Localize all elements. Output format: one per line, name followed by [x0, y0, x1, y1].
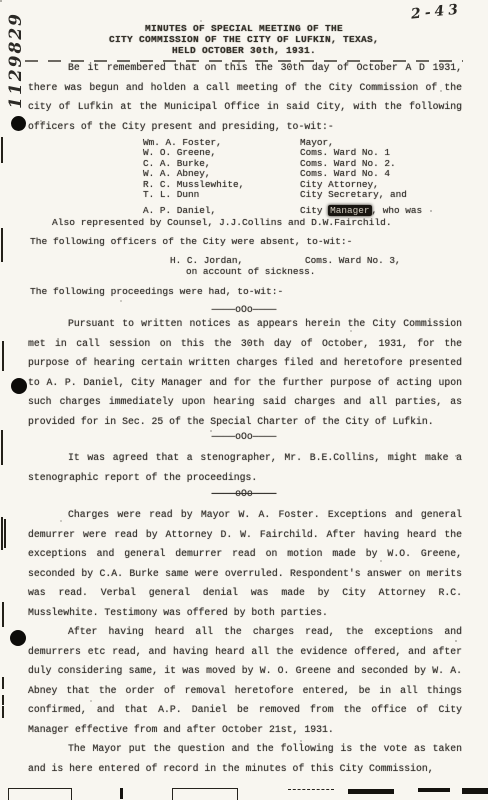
absent-note: on account of sickness. — [186, 266, 315, 277]
margin-mark — [1, 228, 3, 262]
opening-paragraph: Be it remembered that on this the 30th d… — [28, 58, 462, 136]
margin-mark — [2, 341, 4, 371]
margin-mark — [2, 677, 4, 689]
absent-officer-row: H. C. Jordan, Coms. Ward No. 3, — [170, 256, 401, 266]
absent-intro: The following officers of the City were … — [30, 236, 352, 247]
cutoff-table-edge — [0, 786, 488, 800]
officer-row: T. L. Dunn City Secretary, and — [143, 190, 407, 200]
table-cell-edge — [172, 788, 238, 800]
officers-present-list: Wm. A. Foster, Mayor, W. O. Greene, Coms… — [143, 138, 407, 200]
officer-role: City Secretary, and — [300, 190, 407, 200]
officer-name: A. P. Daniel, — [143, 206, 300, 216]
table-bar — [348, 789, 394, 794]
margin-mark — [2, 693, 4, 705]
table-cell-edge — [8, 788, 72, 800]
paragraph-motion: After having heard all the charges read,… — [28, 622, 462, 740]
handwritten-page-number: 2-43 — [410, 1, 462, 22]
scanned-minutes-page: 1129829 2-43 MINUTES OF SPECIAL MEETING … — [0, 0, 488, 800]
punch-dot — [11, 378, 27, 394]
punch-dot — [10, 630, 26, 646]
also-represented-line: Also represented by Counsel, J.J.Collins… — [52, 217, 392, 228]
scan-noise — [0, 0, 2, 2]
officer-role: City Manager, who was — [300, 206, 422, 216]
officer-role: Coms. Ward No. 3, — [305, 256, 401, 266]
table-dash — [288, 789, 334, 790]
overstruck-word: Manager — [328, 205, 371, 216]
city-manager-row: A. P. Daniel, City Manager, who was — [143, 206, 422, 216]
title-line-2: CITY COMMISSION OF THE CITY OF LUFKIN, T… — [0, 34, 488, 45]
punch-dot — [11, 116, 26, 131]
margin-mark — [2, 706, 4, 718]
paragraph-vote-intro: The Mayor put the question and the follo… — [28, 739, 462, 778]
paragraph-notice: Pursuant to written notices as appears h… — [28, 314, 462, 432]
margin-mark — [2, 602, 4, 627]
title-line-1: MINUTES OF SPECIAL MEETING OF THE — [0, 23, 488, 34]
section-divider: ————oOo———— — [0, 488, 488, 499]
document-title: MINUTES OF SPECIAL MEETING OF THE CITY C… — [0, 23, 488, 56]
officer-row: A. P. Daniel, City Manager, who was — [143, 206, 422, 216]
officer-name: T. L. Dunn — [143, 190, 300, 200]
paragraph-charges-read: Charges were read by Mayor W. A. Foster.… — [28, 505, 462, 623]
margin-mark — [1, 517, 3, 550]
margin-mark — [1, 137, 3, 163]
table-bar — [418, 788, 450, 792]
paragraph-stenographer: It was agreed that a stenographer, Mr. B… — [28, 448, 462, 487]
officer-name: H. C. Jordan, — [170, 256, 305, 266]
margin-mark — [4, 519, 6, 548]
title-line-3: HELD OCTOBER 30th, 1931. — [0, 45, 488, 56]
proceedings-intro: The following proceedings were had, to-w… — [30, 286, 283, 297]
role-suffix: , who was — [372, 205, 423, 216]
table-bar — [462, 788, 488, 794]
section-divider: ————oOo———— — [0, 431, 488, 442]
table-tick — [120, 788, 123, 799]
officer-row: H. C. Jordan, Coms. Ward No. 3, — [170, 256, 401, 266]
role-prefix: City — [300, 205, 328, 216]
